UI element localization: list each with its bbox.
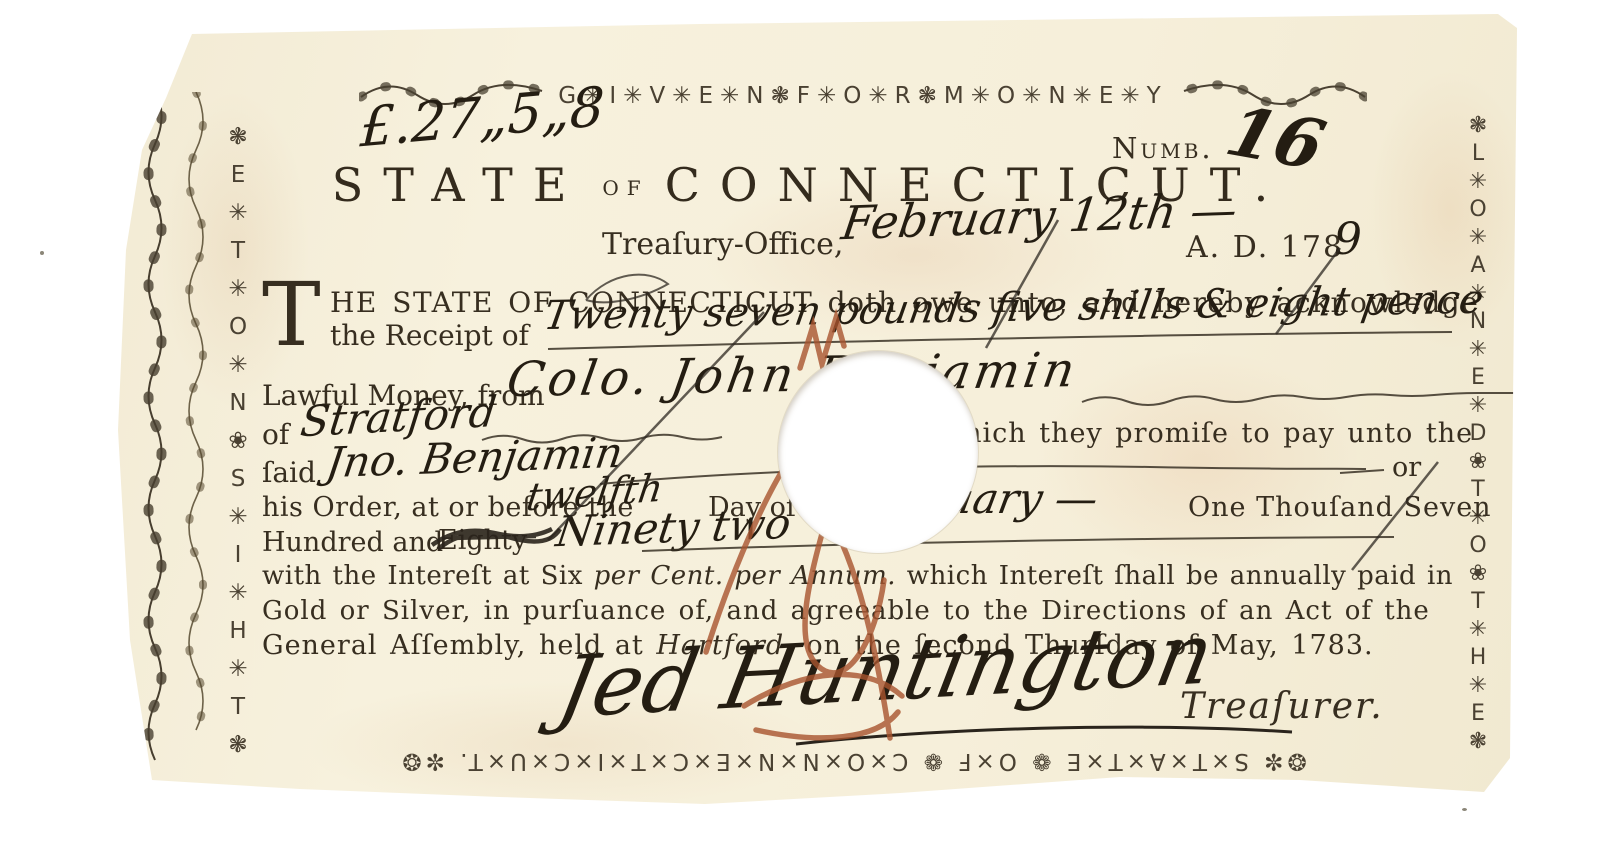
body-line-5-said: ſaid bbox=[262, 456, 316, 489]
scan-speck bbox=[40, 251, 44, 255]
signature-flourish bbox=[796, 727, 1292, 744]
left-border-vine-outer-icon bbox=[138, 88, 172, 782]
scan-speck bbox=[1462, 808, 1467, 811]
body-line-8b: which Intereſt ſhall be annually paid in bbox=[896, 561, 1453, 591]
dropcap: T bbox=[262, 278, 321, 353]
body-line-8: with the Intereſt at Six per Cent. per A… bbox=[262, 561, 1453, 591]
ad-label: A. D. 178 bbox=[1186, 230, 1344, 265]
top-border-motto: G✳I✳V✳E✳N❃F✳O✳R❃M✳O✳N✳E✳Y bbox=[558, 81, 1167, 109]
body-line-9: Gold or Silver, in purſuance of, and agr… bbox=[262, 596, 1430, 626]
year-handwritten: 9 bbox=[1334, 214, 1362, 265]
left-border-vine-inner-icon bbox=[178, 92, 214, 780]
treasury-office-label: Treaſury-Office, bbox=[602, 227, 843, 262]
paper-stain bbox=[1040, 350, 1360, 570]
treasurer-title: Treaſurer. bbox=[1180, 686, 1384, 727]
title-state: STATE bbox=[332, 158, 587, 212]
body-line-4-promise: which they promiſe to pay unto the bbox=[940, 418, 1473, 449]
body-line-8-italic: per Cent. per Annum. bbox=[594, 561, 896, 591]
bottom-border-motto: ❂✼ S×T×A×T×E ❁ O×F ❁ C×O×N×N×E×C×T×I×C×U… bbox=[205, 748, 1500, 774]
body-line-8a: with the Intereſt at Six bbox=[262, 561, 594, 591]
body-line-2: the Receipt of bbox=[330, 319, 529, 352]
body-line-5-or: or bbox=[1392, 452, 1421, 483]
body-line-4-of: of bbox=[262, 418, 289, 451]
left-border-motto: ❃ E ✳ T ✳ O ✳ N ❀ S ✳ I ✳ H ✳ T ❃ bbox=[222, 118, 254, 764]
year-words-handwritten: Ninety two bbox=[553, 499, 794, 556]
hole-punch bbox=[778, 351, 978, 553]
body-line-6-suffix: One Thouſand Seven bbox=[1188, 492, 1492, 523]
title-of: of bbox=[602, 168, 648, 202]
body-line-7-prefix: Hundred and bbox=[262, 527, 443, 558]
struck-word-eighty: Eighty bbox=[438, 525, 527, 556]
document-paper: G✳I✳V✳E✳N❃F✳O✳R❃M✳O✳N✳E✳Y ❃ E ✳ T ✳ O ✳ … bbox=[0, 0, 1600, 843]
